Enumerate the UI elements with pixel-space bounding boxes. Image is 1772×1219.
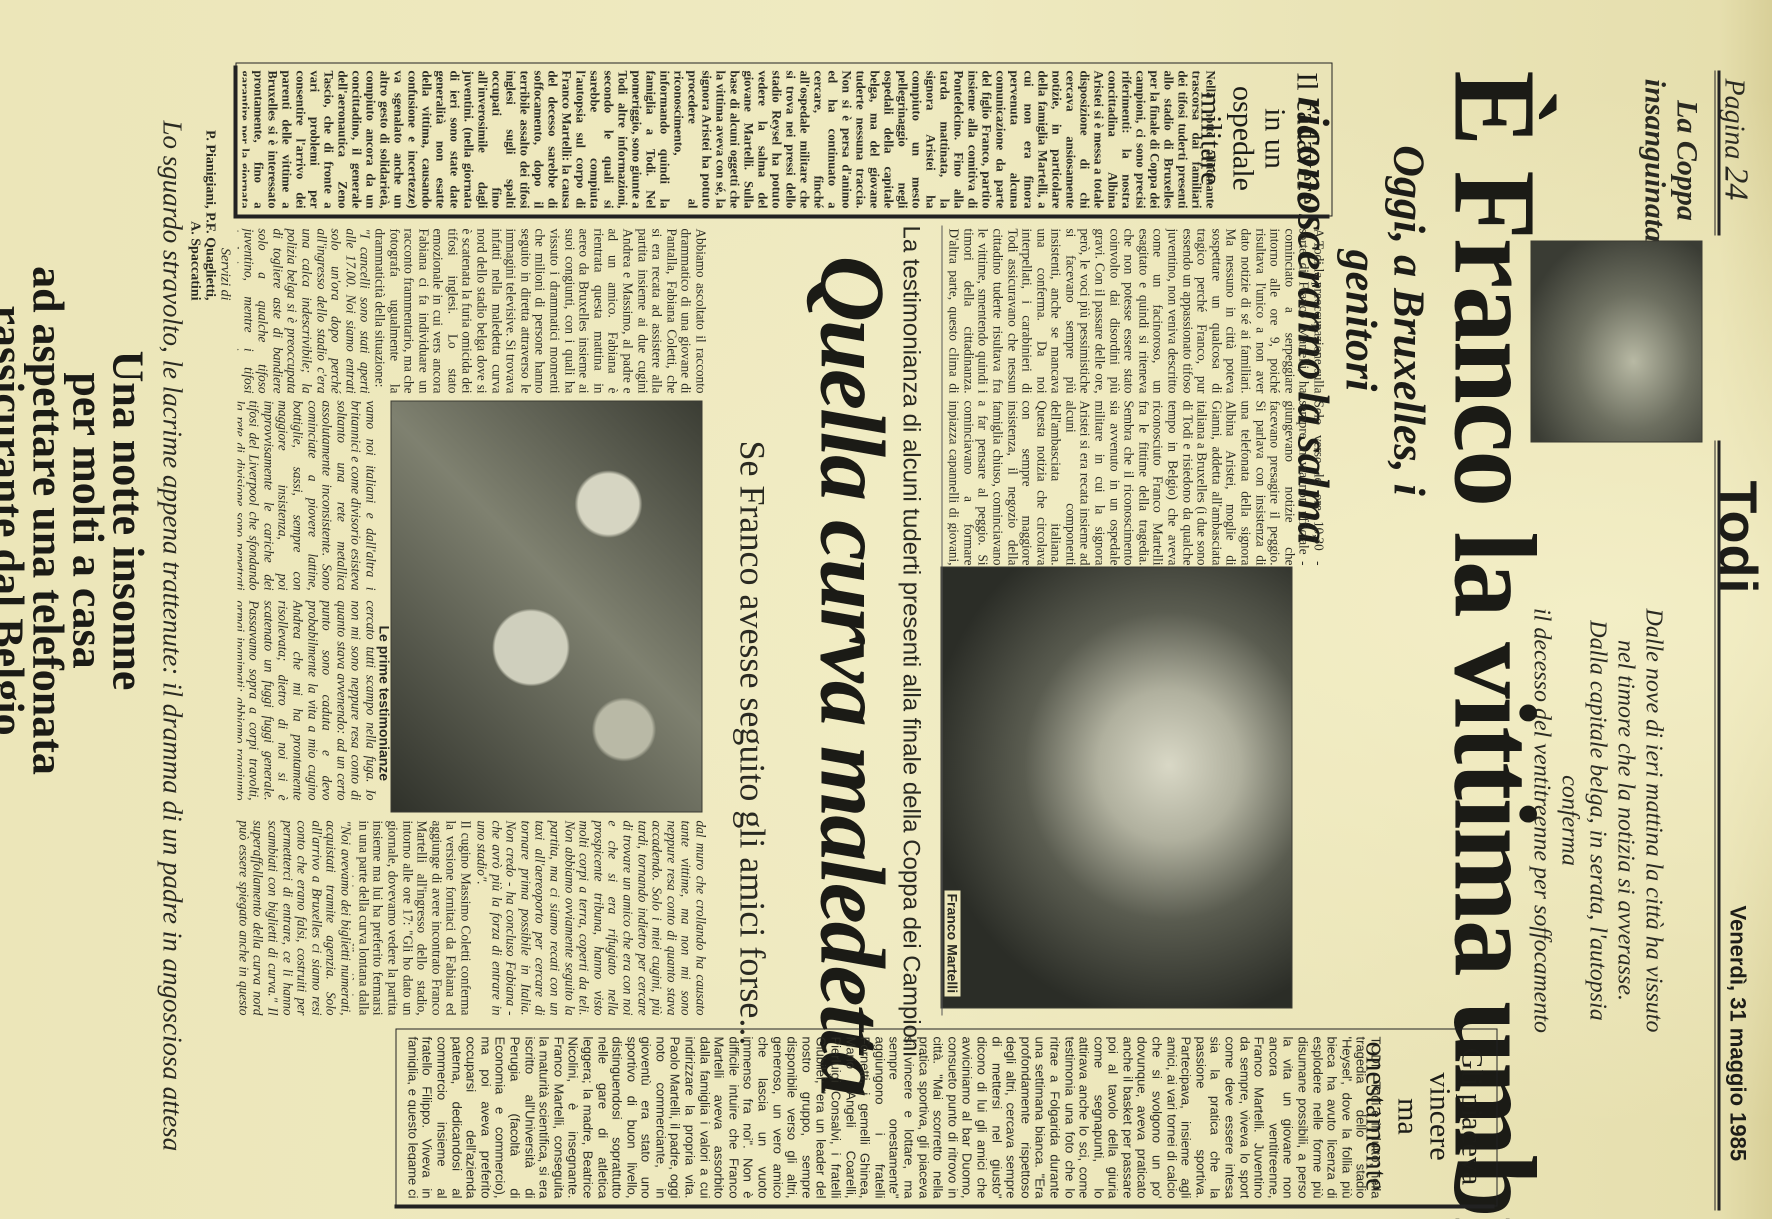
- portrait-photo: [940, 566, 1292, 1008]
- subhead-line-3: Dalla capitale belga, in serata, l'autop…: [1555, 600, 1611, 1040]
- byline: Servizi di P. Pianigiani, P.F. Quagliett…: [187, 120, 232, 300]
- box-cadavere-text: Nella notte allucinante trascorsa dai fa…: [242, 70, 1217, 208]
- section-divider: [941, 225, 942, 1015]
- testimonianza-col-3-text: cercato tutti scampo nella fuga. Io non …: [237, 600, 377, 800]
- box-title-line-1: Il cadavere: [1290, 65, 1322, 211]
- box-onestamente-shadow: [394, 1204, 1494, 1208]
- subhead-line-1: Dalle nove di ieri mattina la città ha v…: [1639, 600, 1667, 1040]
- testimonianza-col-1-quote: "I cancelli sono stati aperti alle 17.00…: [237, 228, 371, 393]
- testimonianza-col-5-italic: "Noi avevamo dei biglietti numerati, acq…: [234, 820, 352, 1015]
- article-todi-col-1: A Todi la preoccupazione sulla sorte di …: [947, 228, 1325, 393]
- issue-date: Venerdì, 31 maggio 1985: [1724, 905, 1750, 1161]
- testimonianza-col-2-text: vamo noi italiani e dall'altra i britann…: [237, 400, 377, 590]
- portrait-caption: Franco Martelli: [944, 890, 960, 996]
- padre-overline: Lo sguardo stravolto, le lacrime appena …: [156, 120, 187, 1151]
- box-title-line-2: in un ospedale: [1226, 65, 1290, 211]
- padre-headline: Una notte insonne per molti a casa ad as…: [0, 120, 147, 920]
- byline-authors-2: A. Spaccatini: [187, 120, 202, 300]
- testimonianza-headline: Quella curva maledetta: [802, 255, 902, 1095]
- header-rule-right: [1717, 440, 1720, 1210]
- padre-headline-line-1: Una notte insonne: [107, 120, 147, 920]
- page-label: Pagina: [1718, 78, 1749, 159]
- crowd-photo: [390, 400, 702, 812]
- byline-authors-1: P. Pianigiani, P.F. Quaglietti,: [202, 120, 217, 300]
- second-headline-line-1: Oggi, a Bruxelles, i genitori: [1336, 70, 1432, 570]
- header-rule-right-thin: [1714, 440, 1715, 1210]
- testimonianza-subhead: Se Franco avesse seguito gli amici forse…: [732, 440, 772, 1045]
- subhead-line-2: nel timore che la notizia si avverasse.: [1611, 600, 1639, 1040]
- newspaper-page: Pagina 24 Todi Venerdì, 31 maggio 1985 L…: [0, 0, 1772, 1219]
- crowd-caption: Le prime testimonianze: [376, 625, 392, 781]
- kicker-line-2: insanguinata: [1638, 75, 1670, 245]
- testimonianza-col-5-text: Il cugino Massimo Coletti conferma la ve…: [352, 820, 472, 1015]
- padre-headline-line-4: rassicurante dal Belgio: [0, 120, 27, 920]
- article-todi-col-2: Solo verso le ore 10,30 - sempre in via …: [947, 400, 1325, 565]
- header-rule-left: [1717, 70, 1720, 235]
- section-kicker: La Coppa insanguinata: [1638, 75, 1702, 245]
- testimonianza-col-1-text: Abbiamo ascoltato il racconto drammatico…: [371, 228, 707, 393]
- box2-title-line-2: vincere: [1423, 1032, 1455, 1200]
- main-headline: È Franco la vittima umbra: [1434, 70, 1554, 1164]
- box-cadavere-shadow-side: [233, 214, 1329, 218]
- box-onestamente-text: TODI - Todi è in lutto; nella tragedia d…: [407, 1036, 1382, 1198]
- kicker-line-1: La Coppa: [1670, 75, 1702, 245]
- byline-label: Servizi di: [217, 120, 232, 300]
- box-cadavere-shadow: [233, 65, 237, 217]
- header-rule-left-thin: [1714, 70, 1715, 235]
- padre-headline-line-2: per molti a casa: [67, 120, 107, 920]
- page-number: 24: [1717, 166, 1754, 200]
- padre-headline-line-3: ad aspettare una telefonata: [27, 120, 67, 920]
- testimonianza-col-1: Abbiamo ascoltato il racconto drammatico…: [237, 228, 707, 393]
- testimonianza-col-4-text: dal muro che crollando ha causato tante …: [477, 820, 707, 1015]
- page-number-label: Pagina 24: [1716, 78, 1754, 200]
- box2-title-line-1: Gli piaceva: [1455, 1032, 1487, 1200]
